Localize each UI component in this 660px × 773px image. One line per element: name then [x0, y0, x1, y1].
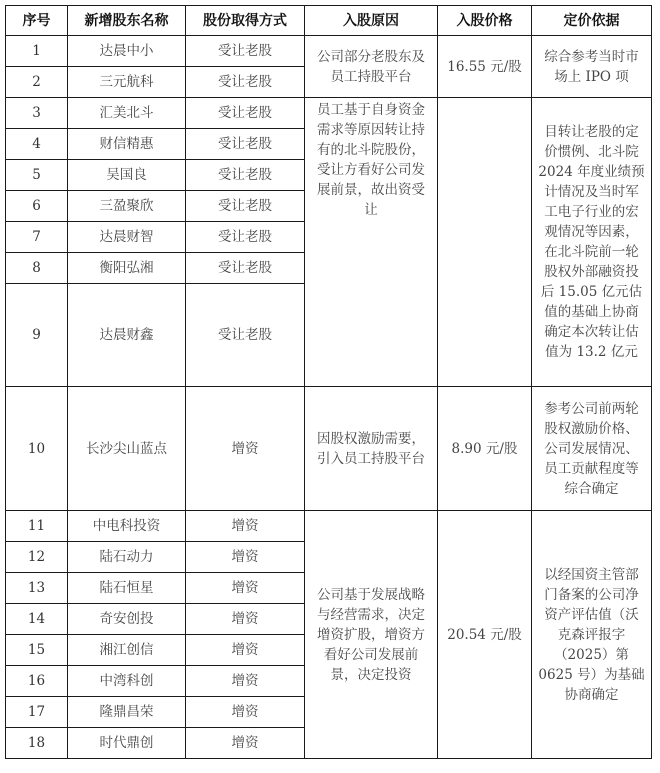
shareholder-name: 奇安创投: [68, 604, 186, 635]
row-no: 1: [6, 36, 68, 67]
shareholder-name: 陆石恒星: [68, 573, 186, 604]
acquisition-method: 受让老股: [186, 129, 305, 160]
price-cell: 8.90 元/股: [438, 387, 532, 511]
header-row: 序号 新增股东名称 股份取得方式 入股原因 入股价格 定价依据: [6, 6, 652, 36]
basis-cell: 目转让老股的定价惯例、北斗院 2024 年度业绩预计情况及当时军工电子行业的宏观…: [532, 98, 652, 387]
reason-cell: 因股权激励需要，引入员工持股平台: [305, 387, 438, 511]
row-no: 4: [6, 129, 68, 160]
row-no: 10: [6, 387, 68, 511]
basis-cell: 以经国资主管部门备案的公司净资产评估值（沃克森评报字（2025）第 0625 号…: [532, 511, 652, 759]
header-no: 序号: [6, 6, 68, 36]
acquisition-method: 增资: [186, 573, 305, 604]
row-no: 15: [6, 635, 68, 666]
row-no: 6: [6, 191, 68, 222]
row-no: 8: [6, 253, 68, 284]
reason-cell: 员工基于自身资金需求等原因转让持有的北斗院股份，受让方看好公司发展前景，故出资受…: [305, 98, 438, 387]
row-no: 17: [6, 697, 68, 728]
row-no: 7: [6, 222, 68, 253]
acquisition-method: 增资: [186, 542, 305, 573]
table-row: 1 达晨中小 受让老股 公司部分老股东及员工持股平台 16.55 元/股 综合参…: [6, 36, 652, 67]
header-method: 股份取得方式: [186, 6, 305, 36]
basis-cell: 综合参考当时市场上 IPO 项: [532, 36, 652, 98]
shareholder-name: 达晨中小: [68, 36, 186, 67]
new-shareholders-table: 序号 新增股东名称 股份取得方式 入股原因 入股价格 定价依据 1 达晨中小 受…: [5, 5, 652, 759]
shareholder-name: 湘江创信: [68, 635, 186, 666]
shareholder-name: 长沙尖山蓝点: [68, 387, 186, 511]
shareholder-name: 中湾科创: [68, 666, 186, 697]
row-no: 11: [6, 511, 68, 542]
table-row: 11 中电科投资 增资 公司基于发展战略与经营需求，决定增资扩股，增资方看好公司…: [6, 511, 652, 542]
acquisition-method: 受让老股: [186, 98, 305, 129]
row-no: 16: [6, 666, 68, 697]
acquisition-method: 受让老股: [186, 191, 305, 222]
shareholder-name: 时代鼎创: [68, 728, 186, 759]
shareholder-name: 三盈聚欣: [68, 191, 186, 222]
acquisition-method: 增资: [186, 728, 305, 759]
header-price: 入股价格: [438, 6, 532, 36]
acquisition-method: 增资: [186, 387, 305, 511]
price-cell: 20.54 元/股: [438, 511, 532, 759]
acquisition-method: 受让老股: [186, 36, 305, 67]
row-no: 5: [6, 160, 68, 191]
acquisition-method: 增资: [186, 697, 305, 728]
reason-cell: 公司基于发展战略与经营需求，决定增资扩股，增资方看好公司发展前景，决定投资: [305, 511, 438, 759]
shareholder-name: 隆鼎昌荣: [68, 697, 186, 728]
acquisition-method: 增资: [186, 666, 305, 697]
basis-cell: 参考公司前两轮股权激励价格、公司发展情况、员工贡献程度等综合确定: [532, 387, 652, 511]
row-no: 3: [6, 98, 68, 129]
price-cell: [438, 98, 532, 387]
header-reason: 入股原因: [305, 6, 438, 36]
table-row: 10 长沙尖山蓝点 增资 因股权激励需要，引入员工持股平台 8.90 元/股 参…: [6, 387, 652, 511]
row-no: 14: [6, 604, 68, 635]
shareholder-name: 达晨财智: [68, 222, 186, 253]
shareholder-name: 三元航科: [68, 67, 186, 98]
acquisition-method: 增资: [186, 511, 305, 542]
row-no: 12: [6, 542, 68, 573]
price-cell: 16.55 元/股: [438, 36, 532, 98]
reason-cell: 公司部分老股东及员工持股平台: [305, 36, 438, 98]
acquisition-method: 受让老股: [186, 253, 305, 284]
acquisition-method: 受让老股: [186, 284, 305, 387]
table-row: 3 汇美北斗 受让老股 员工基于自身资金需求等原因转让持有的北斗院股份，受让方看…: [6, 98, 652, 129]
shareholder-name: 财信精惠: [68, 129, 186, 160]
row-no: 9: [6, 284, 68, 387]
acquisition-method: 受让老股: [186, 67, 305, 98]
row-no: 2: [6, 67, 68, 98]
acquisition-method: 受让老股: [186, 160, 305, 191]
shareholder-name: 吴国良: [68, 160, 186, 191]
acquisition-method: 受让老股: [186, 222, 305, 253]
acquisition-method: 增资: [186, 604, 305, 635]
shareholder-name: 达晨财鑫: [68, 284, 186, 387]
shareholder-name: 陆石动力: [68, 542, 186, 573]
acquisition-method: 增资: [186, 635, 305, 666]
shareholder-name: 中电科投资: [68, 511, 186, 542]
shareholder-name: 衡阳弘湘: [68, 253, 186, 284]
header-basis: 定价依据: [532, 6, 652, 36]
shareholder-name: 汇美北斗: [68, 98, 186, 129]
row-no: 18: [6, 728, 68, 759]
row-no: 13: [6, 573, 68, 604]
header-name: 新增股东名称: [68, 6, 186, 36]
